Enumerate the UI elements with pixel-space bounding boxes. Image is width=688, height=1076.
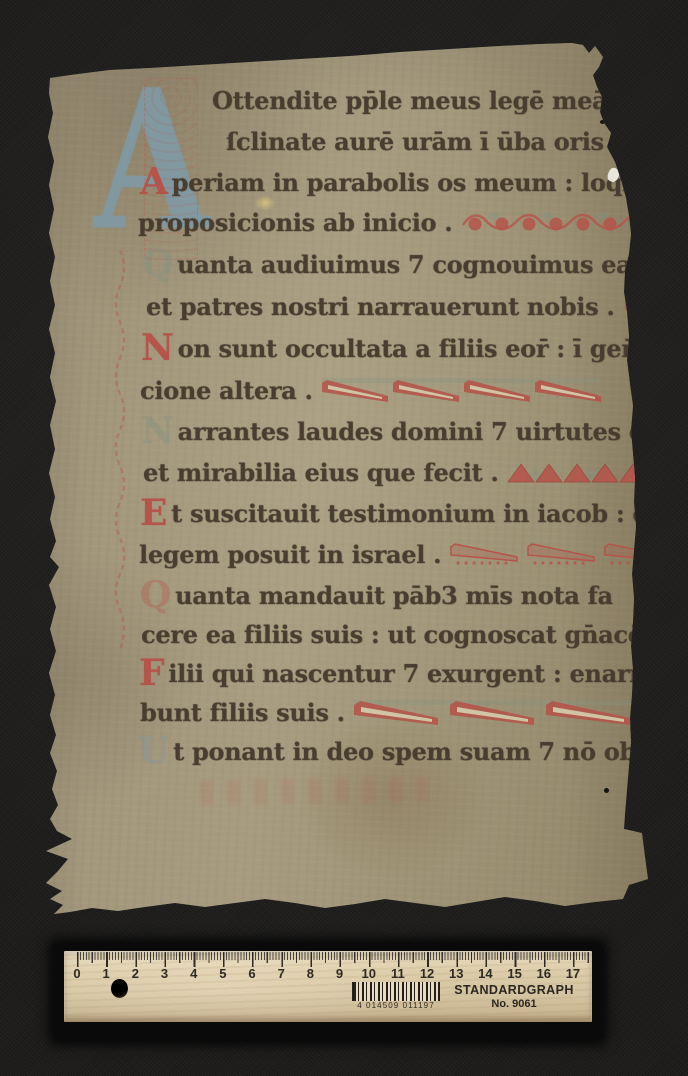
manuscript-line: ſclinate aurē urām ī ūba oris mei [226,125,661,157]
line-text: periam in parabolis os meum : loq̄r [172,168,635,197]
faded-initial: N [141,416,174,446]
line-text: proposicionis ab inicio . [138,208,452,237]
ruler-number: 4 [184,966,204,981]
manuscript-line: bunt filiis suis . [140,696,639,728]
ruler-number: 16 [534,966,554,981]
manuscript-line: Aperiam in parabolis os meum : loq̄r [140,166,634,198]
rubric-initial: N [141,333,174,363]
margin-penwork-chain [108,250,134,690]
ruler-number: 8 [300,966,320,981]
manuscript-line: et patres nostri narrauerunt nobis . [146,290,669,322]
line-filler-wave [461,209,656,235]
manuscript-line: legem posuit in israel . [139,538,675,570]
line-text: t suscitauit testimonium in iacob : et [171,499,658,528]
line-text: t ponant in deo spem suam 7 nō ob [173,737,636,766]
faded-initial: Q [140,580,171,610]
ruler-number: 14 [475,966,495,981]
ruler-number: 0 [67,966,87,981]
red-offset-stain [200,776,430,806]
manuscript-line: Ut ponant in deo spem suam 7 nō ob [138,735,636,767]
line-text: uanta audiuimus 7 cognouimus ea : [177,250,648,279]
ruler-hole [111,979,128,998]
ruler-number: 11 [388,966,408,981]
faded-initial: U [138,736,169,766]
line-filler-pennants [322,377,602,403]
ruler-number: 2 [125,966,145,981]
ruler-barcode: 4 014509 011197 [352,982,440,1010]
manuscript-line: proposicionis ab inicio . [138,206,656,238]
ruler-number: 1 [96,966,116,981]
ruler-number: 12 [417,966,437,981]
line-text: et patres nostri narrauerunt nobis . [146,292,614,321]
line-text: Ottendite pp̄le meus legē meā : [212,86,624,115]
line-filler-pennants-dotted [450,542,675,566]
rubric-initial: A [140,167,168,197]
manuscript-line: Filii qui nascentur 7 exurgent : enarra [139,657,657,689]
manuscript-leaf: A Ottendite pp̄le meus legē meā : ſclina… [0,0,688,1076]
ruler-number: 7 [271,966,291,981]
manuscript-line: cere ea filiis suis : ut cognoscat gn̄ac… [141,618,688,650]
manuscript-line: Non sunt occultata a filiis eor̄ : ī gen… [141,332,654,364]
ruler-number: 13 [446,966,466,981]
ruler-number: 5 [213,966,233,981]
line-text: legem posuit in israel . [139,540,441,569]
line-text: arrantes laudes domini 7 uirtutes ei9 : [178,417,686,446]
line-filler-pennants [354,699,639,725]
manuscript-line: Quanta audiuimus 7 cognouimus ea : [142,248,648,280]
centimeter-ticks [77,952,590,967]
line-text: bunt filiis suis . [140,698,345,727]
ruler-scale-numbers: 0 1 2 3 4 5 6 7 8 9 10 11 12 13 14 15 16… [67,966,583,981]
line-text: uanta mandauit pāb3 mīs nota fa [175,581,613,610]
manuscript-line: Quanta mandauit pāb3 mīs nota fa [140,579,613,611]
line-text: ſclinate aurē urām ī ūba oris mei [226,127,661,156]
brand-model: No. 9061 [449,998,579,1010]
barcode-digits: 4 014509 011197 [352,1001,440,1010]
ruler-number: 10 [359,966,379,981]
brand-name: STANDARDGRAPH [449,983,579,997]
manuscript-line: cione altera . [140,374,602,406]
barcode-stripes [352,982,440,1001]
line-text: cere ea filiis suis : ut cognoscat gn̄ac… [141,620,688,649]
line-text: et mirabilia eius que fecit . [143,458,498,487]
dark-speck [604,788,609,793]
manuscript-line: Ottendite pp̄le meus legē meā : [212,84,624,116]
line-filler-triangles [507,461,679,483]
ruler-brand-block: STANDARDGRAPH No. 9061 [449,983,579,1010]
line-text: cione altera . [140,376,313,405]
dark-speck [600,120,605,124]
ruler-number: 3 [155,966,175,981]
line-text: on sunt occultata a filiis eor̄ : ī gen̄… [178,334,654,363]
wooden-ruler: 0 1 2 3 4 5 6 7 8 9 10 11 12 13 14 15 16… [64,951,592,1022]
photo-stage: A Ottendite pp̄le meus legē meā : ſclina… [0,0,688,1076]
manuscript-line: et mirabilia eius que fecit . [143,456,679,488]
manuscript-line: Et suscitauit testimonium in iacob : et [140,497,658,529]
rubric-initial: E [140,498,167,528]
ruler-number: 17 [563,966,583,981]
rubric-initial: F [139,658,164,688]
ruler-number: 6 [242,966,262,981]
ruler-number: 15 [505,966,525,981]
faded-initial: Q [142,249,173,279]
manuscript-line: Narrantes laudes domini 7 uirtutes ei9 : [141,415,686,447]
line-text: ilii qui nascentur 7 exurgent : enarra [168,659,657,688]
ruler-number: 9 [330,966,350,981]
line-filler-small-flag [623,297,669,315]
